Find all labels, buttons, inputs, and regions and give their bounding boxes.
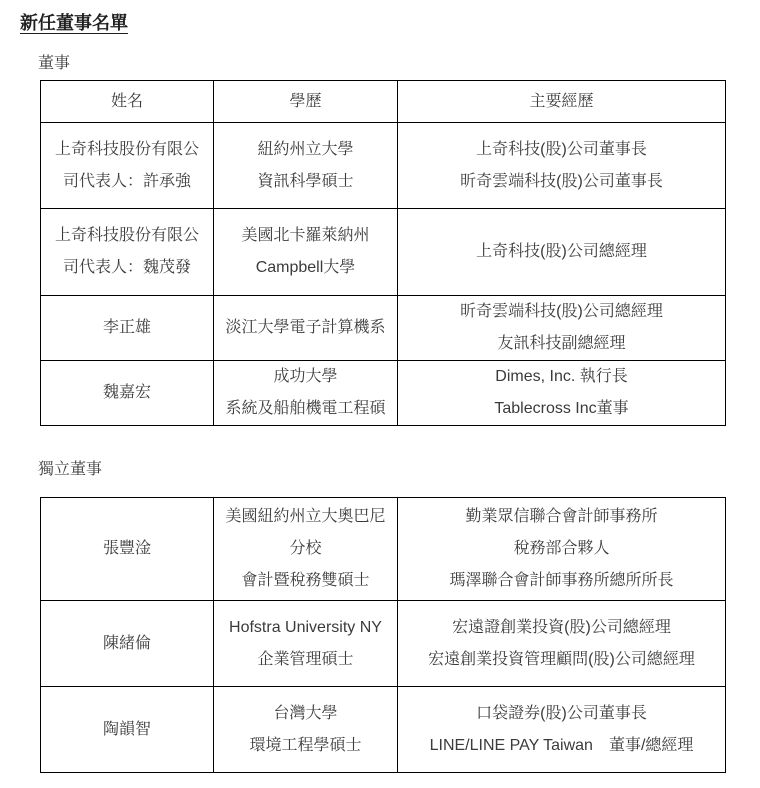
name-cell: 魏嘉宏: [41, 361, 214, 426]
experience-cell: 宏遠證創業投資(股)公司總經理 宏遠創業投資管理顧問(股)公司總經理: [398, 601, 726, 687]
table-row: 陶韻智 台灣大學 環境工程學碩士 口袋證券(股)公司董事長 LINE/LINE …: [41, 687, 726, 773]
education-cell: 美國北卡羅萊納州 Campbell大學: [214, 209, 398, 296]
experience-cell: 昕奇雲端科技(股)公司總經理 友訊科技副總經理: [398, 296, 726, 361]
name-cell: 上奇科技股份有限公 司代表人：許承強: [41, 123, 214, 209]
education-cell: 成功大學 系統及船舶機電工程碩: [214, 361, 398, 426]
section-directors-label: 董事: [38, 54, 760, 74]
table-row: 上奇科技股份有限公 司代表人：魏茂發 美國北卡羅萊納州 Campbell大學 上…: [41, 209, 726, 296]
name-cell: 李正雄: [41, 296, 214, 361]
education-cell: 紐約州立大學 資訊科學碩士: [214, 123, 398, 209]
table-row: 上奇科技股份有限公 司代表人：許承強 紐約州立大學 資訊科學碩士 上奇科技(股)…: [41, 123, 726, 209]
independent-directors-table: 張豐淦 美國紐約州立大奧巴尼 分校 會計暨稅務雙碩士 勤業眾信聯合會計師事務所 …: [40, 497, 726, 773]
table-row: 李正雄 淡江大學電子計算機系 昕奇雲端科技(股)公司總經理 友訊科技副總經理: [41, 296, 726, 361]
column-header-education: 學歷: [214, 81, 398, 123]
education-cell: 台灣大學 環境工程學碩士: [214, 687, 398, 773]
experience-cell: 上奇科技(股)公司總經理: [398, 209, 726, 296]
document-page: 新任董事名單 董事 姓名 學歷 主要經歷 上奇科技股份有限公 司代表人：許承強 …: [0, 0, 760, 788]
experience-cell: 勤業眾信聯合會計師事務所 稅務部合夥人 瑪澤聯合會計師事務所總所所長: [398, 498, 726, 601]
page-title: 新任董事名單: [20, 12, 128, 34]
directors-table: 姓名 學歷 主要經歷 上奇科技股份有限公 司代表人：許承強 紐約州立大學 資訊科…: [40, 80, 726, 426]
column-header-name: 姓名: [41, 81, 214, 123]
education-cell: Hofstra University NY 企業管理碩士: [214, 601, 398, 687]
table-row: 張豐淦 美國紐約州立大奧巴尼 分校 會計暨稅務雙碩士 勤業眾信聯合會計師事務所 …: [41, 498, 726, 601]
name-cell: 張豐淦: [41, 498, 214, 601]
column-header-experience: 主要經歷: [398, 81, 726, 123]
table-row: 陳緒倫 Hofstra University NY 企業管理碩士 宏遠證創業投資…: [41, 601, 726, 687]
name-cell: 上奇科技股份有限公 司代表人：魏茂發: [41, 209, 214, 296]
table-row: 魏嘉宏 成功大學 系統及船舶機電工程碩 Dimes, Inc. 執行長 Tabl…: [41, 361, 726, 426]
experience-cell: 口袋證券(股)公司董事長 LINE/LINE PAY Taiwan 董事/總經理: [398, 687, 726, 773]
education-cell: 美國紐約州立大奧巴尼 分校 會計暨稅務雙碩士: [214, 498, 398, 601]
experience-cell: 上奇科技(股)公司董事長 昕奇雲端科技(股)公司董事長: [398, 123, 726, 209]
name-cell: 陳緒倫: [41, 601, 214, 687]
section-independent-directors-label: 獨立董事: [38, 460, 760, 480]
education-cell: 淡江大學電子計算機系: [214, 296, 398, 361]
experience-cell: Dimes, Inc. 執行長 Tablecross Inc董事: [398, 361, 726, 426]
directors-table-header-row: 姓名 學歷 主要經歷: [41, 81, 726, 123]
name-cell: 陶韻智: [41, 687, 214, 773]
